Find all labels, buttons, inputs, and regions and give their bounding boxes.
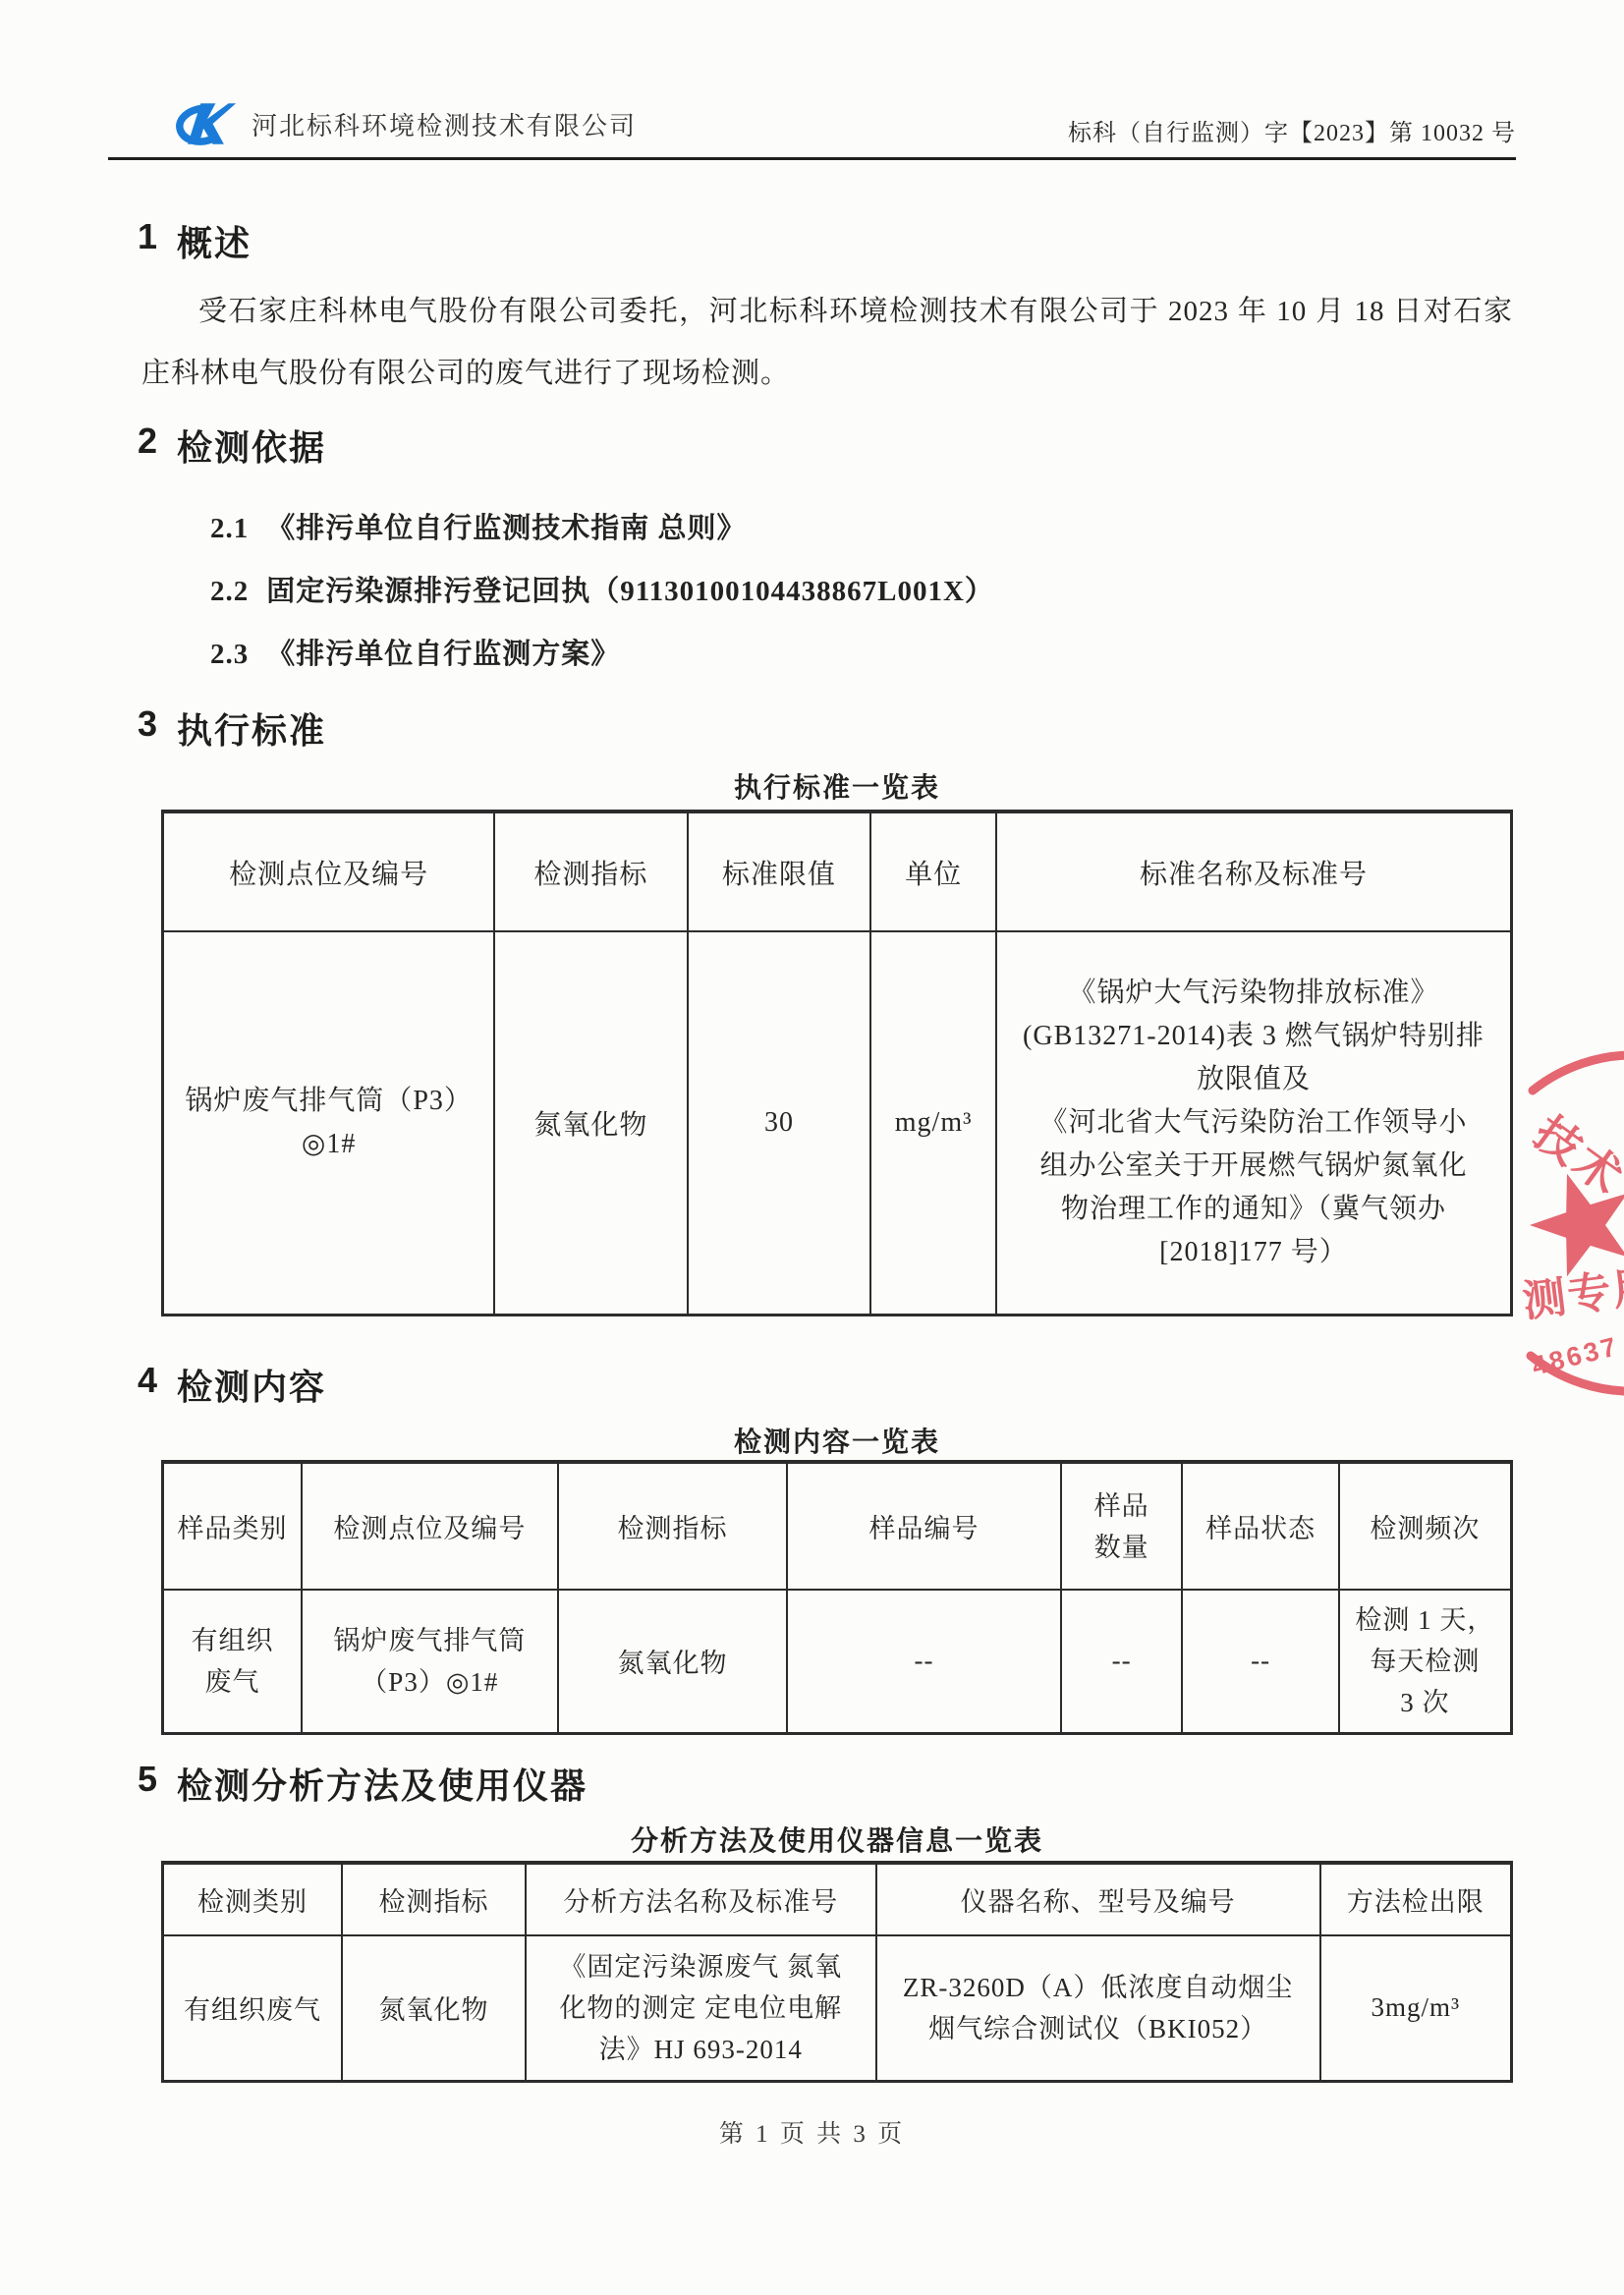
cell-indicator: 氮氧化物 xyxy=(342,1935,526,2081)
cell-indicator: 氮氧化物 xyxy=(558,1590,787,1733)
cell-sample-no: -- xyxy=(787,1590,1061,1733)
section-4-heading: 4 检测内容 xyxy=(138,1360,326,1410)
section-1-title: 概述 xyxy=(177,216,252,266)
basis-item-number: 2.2 xyxy=(210,560,249,623)
basis-item-text: 固定污染源排污登记回执（91130100104438867L001X） xyxy=(266,560,994,623)
red-seal-stamp: 技术 测专用 48637 xyxy=(1501,1049,1624,1403)
col-header: 仪器名称、型号及编号 xyxy=(876,1863,1320,1935)
methods-table: 检测类别 检测指标 分析方法名称及标准号 仪器名称、型号及编号 方法检出限 有组… xyxy=(161,1861,1513,2083)
basis-item-text: 《排污单位自行监测技术指南 总则》 xyxy=(266,497,746,560)
col-header: 检测指标 xyxy=(342,1863,526,1935)
content-table: 样品类别 检测点位及编号 检测指标 样品编号 样品 数量 样品状态 检测频次 有… xyxy=(161,1460,1513,1735)
content-table-header-row: 样品类别 检测点位及编号 检测指标 样品编号 样品 数量 样品状态 检测频次 xyxy=(163,1462,1512,1590)
content-table-caption: 检测内容一览表 xyxy=(161,1421,1513,1460)
seal-label-text: 测专用 xyxy=(1520,1261,1624,1325)
cell-sample-type: 有组织 废气 xyxy=(163,1590,302,1733)
col-header: 样品状态 xyxy=(1182,1462,1338,1590)
col-header: 分析方法名称及标准号 xyxy=(526,1863,876,1935)
col-header: 检测指标 xyxy=(494,812,687,931)
cell-category: 有组织废气 xyxy=(163,1935,343,2081)
basis-item-text: 《排污单位自行监测方案》 xyxy=(266,623,620,686)
section-2-heading: 2 检测依据 xyxy=(138,420,326,471)
col-header: 方法检出限 xyxy=(1320,1863,1512,1935)
cell-limit: 30 xyxy=(688,931,871,1315)
col-header: 标准限值 xyxy=(688,812,871,931)
cell-frequency: 检测 1 天， 每天检测 3 次 xyxy=(1339,1590,1512,1733)
section-3-number: 3 xyxy=(138,703,159,754)
col-header: 单位 xyxy=(870,812,996,931)
basis-item: 2.3 《排污单位自行监测方案》 xyxy=(210,623,994,686)
col-header: 检测类别 xyxy=(163,1863,343,1935)
col-header: 标准名称及标准号 xyxy=(996,812,1512,931)
page-number: 第 1 页 共 3 页 xyxy=(0,2114,1624,2150)
basis-item-number: 2.1 xyxy=(210,497,249,560)
section-4-number: 4 xyxy=(138,1360,159,1410)
section-2-number: 2 xyxy=(138,420,159,471)
standards-table-header-row: 检测点位及编号 检测指标 标准限值 单位 标准名称及标准号 xyxy=(163,812,1512,931)
basis-item-number: 2.3 xyxy=(210,623,249,686)
basis-item: 2.2 固定污染源排污登记回执（91130100104438867L001X） xyxy=(210,560,994,623)
cell-unit: mg/m³ xyxy=(870,931,996,1315)
cell-sample-state: -- xyxy=(1182,1590,1338,1733)
biaoke-logo-icon xyxy=(173,100,238,147)
cell-point-id: 锅炉废气排气筒 （P3）◎1# xyxy=(302,1590,558,1733)
header-brand: 河北标科环境检测技术有限公司 xyxy=(173,100,637,147)
section-3-heading: 3 执行标准 xyxy=(138,703,326,754)
section-5-heading: 5 检测分析方法及使用仪器 xyxy=(138,1759,588,1809)
section-1-number: 1 xyxy=(138,216,159,266)
standards-table: 检测点位及编号 检测指标 标准限值 单位 标准名称及标准号 锅炉废气排气筒（P3… xyxy=(161,810,1513,1316)
basis-item: 2.1 《排污单位自行监测技术指南 总则》 xyxy=(210,497,994,560)
cell-instrument: ZR-3260D（A）低浓度自动烟尘 烟气综合测试仪（BKI052） xyxy=(876,1935,1320,2081)
page-header: 河北标科环境检测技术有限公司 标科（自行监测）字【2023】第 10032 号 xyxy=(108,100,1516,160)
methods-table-caption: 分析方法及使用仪器信息一览表 xyxy=(161,1819,1513,1859)
col-header: 检测指标 xyxy=(558,1462,787,1590)
report-page: 河北标科环境检测技术有限公司 标科（自行监测）字【2023】第 10032 号 … xyxy=(0,0,1624,2295)
cell-point-id: 锅炉废气排气筒（P3） ◎1# xyxy=(163,931,495,1315)
col-header: 样品类别 xyxy=(163,1462,302,1590)
cell-sample-qty: -- xyxy=(1061,1590,1183,1733)
document-number: 标科（自行监测）字【2023】第 10032 号 xyxy=(1068,113,1516,147)
col-header: 检测频次 xyxy=(1339,1462,1512,1590)
company-name: 河北标科环境检测技术有限公司 xyxy=(252,106,637,142)
basis-list: 2.1 《排污单位自行监测技术指南 总则》 2.2 固定污染源排污登记回执（91… xyxy=(210,497,994,686)
section-5-number: 5 xyxy=(138,1759,159,1809)
table-row: 锅炉废气排气筒（P3） ◎1# 氮氧化物 30 mg/m³ 《锅炉大气污染物排放… xyxy=(163,931,1512,1315)
cell-indicator: 氮氧化物 xyxy=(494,931,687,1315)
cell-detection-limit: 3mg/m³ xyxy=(1320,1935,1512,2081)
col-header: 检测点位及编号 xyxy=(302,1462,558,1590)
overview-paragraph: 受石家庄科林电气股份有限公司委托，河北标科环境检测技术有限公司于 2023 年 … xyxy=(141,281,1513,405)
section-2-title: 检测依据 xyxy=(177,420,326,471)
table-row: 有组织 废气 锅炉废气排气筒 （P3）◎1# 氮氧化物 -- -- -- 检测 … xyxy=(163,1590,1512,1733)
cell-standard-name: 《锅炉大气污染物排放标准》 (GB13271-2014)表 3 燃气锅炉特别排 … xyxy=(996,931,1512,1315)
seal-serial-number: 48637 xyxy=(1529,1331,1622,1381)
col-header: 样品编号 xyxy=(787,1462,1061,1590)
cell-method: 《固定污染源废气 氮氧 化物的测定 定电位电解 法》HJ 693-2014 xyxy=(526,1935,876,2081)
methods-table-header-row: 检测类别 检测指标 分析方法名称及标准号 仪器名称、型号及编号 方法检出限 xyxy=(163,1863,1512,1935)
section-4-title: 检测内容 xyxy=(177,1360,326,1410)
table-row: 有组织废气 氮氧化物 《固定污染源废气 氮氧 化物的测定 定电位电解 法》HJ … xyxy=(163,1935,1512,2081)
section-5-title: 检测分析方法及使用仪器 xyxy=(177,1759,588,1809)
col-header: 样品 数量 xyxy=(1061,1462,1183,1590)
standards-table-caption: 执行标准一览表 xyxy=(161,766,1513,806)
col-header: 检测点位及编号 xyxy=(163,812,495,931)
section-3-title: 执行标准 xyxy=(177,703,326,754)
section-1-heading: 1 概述 xyxy=(138,216,252,266)
